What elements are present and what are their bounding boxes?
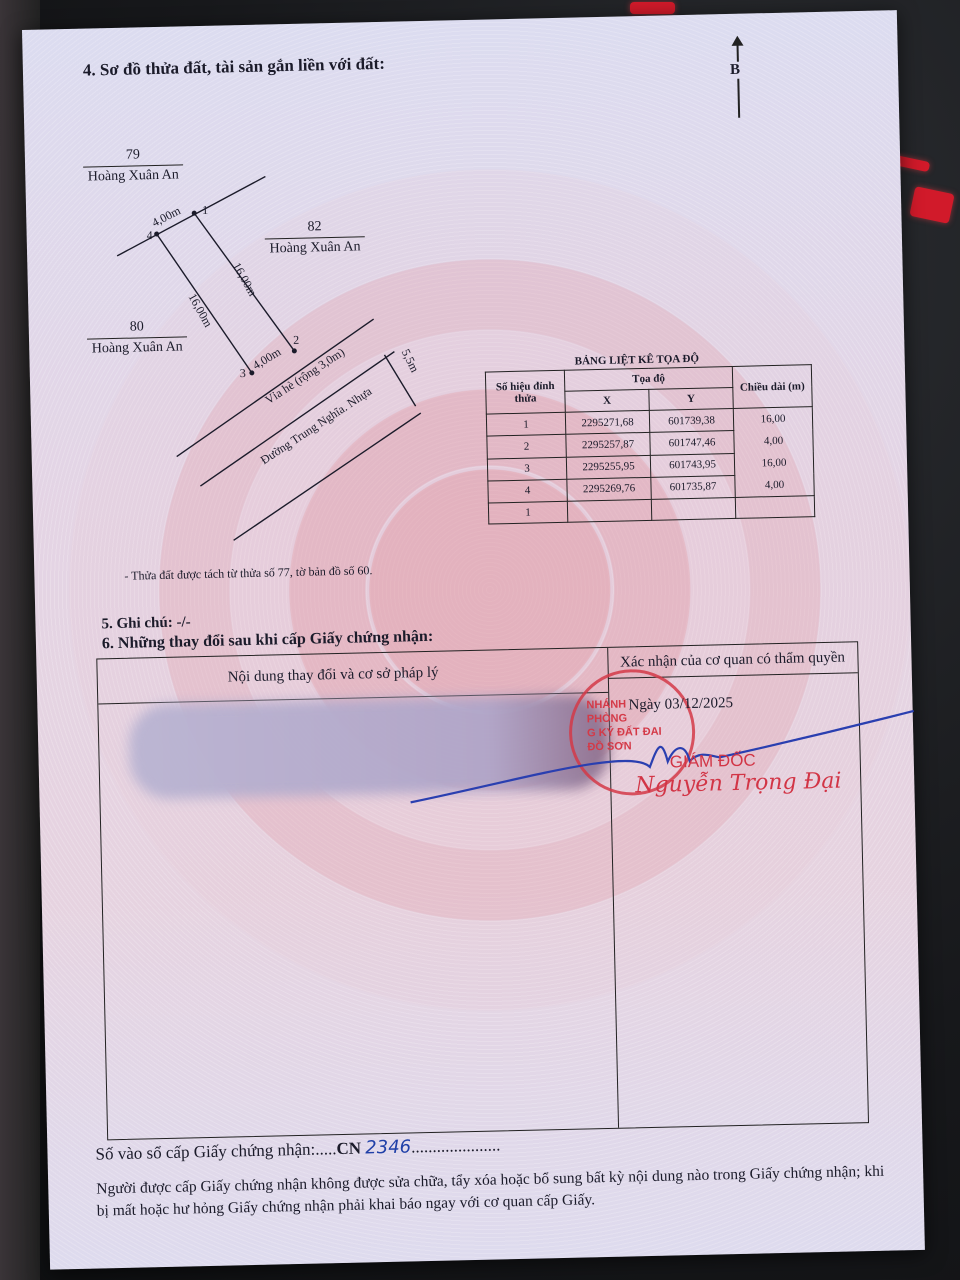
length-value: 4,00 [739,473,809,497]
cell-vertex: 1 [488,501,567,524]
cell-y: 601735,87 [651,475,735,499]
edge-right-length: 16,00m [230,260,260,299]
cell-length-empty [735,496,814,519]
cell-y [651,497,735,520]
north-arrow-icon [736,44,740,118]
cell-y: 601743,95 [650,453,734,477]
vertex-1-label: 1 [202,203,208,217]
cell-x [567,499,651,522]
north-label: B [728,62,742,79]
changes-left-header: Nội dung thay đổi và cơ sở pháp lý [228,665,439,687]
changes-right-header: Xác nhận của cơ quan có thẩm quyền [617,648,847,671]
registration-dots: ..................... [411,1135,501,1156]
vertex-4-label: 4 [147,228,153,242]
signature-icon [399,701,922,833]
vertex-2-label: 2 [293,333,299,347]
registration-number: 2346 [365,1136,411,1158]
cell-x: 2295269,76 [567,477,651,501]
coord-table-title: BẢNG LIỆT KÊ TỌA ĐỘ [575,353,700,368]
red-clip [909,186,954,224]
cell-vertex: 1 [486,412,565,436]
header-y: Y [649,387,733,410]
length-value: 16,00 [738,407,808,431]
cell-x: 2295271,68 [565,410,649,434]
cell-y: 601747,46 [650,431,734,455]
red-clip [630,2,675,14]
edge-top-length: 4,00m [149,203,183,230]
registration-label: Số vào sổ cấp Giấy chứng nhận:..... [95,1139,336,1163]
length-value: 4,00 [738,429,808,453]
header-length: Chiều dài (m) [732,365,812,409]
header-x: X [565,389,649,412]
header-vertex: Số hiệu đỉnh thửa [485,370,565,414]
signer-title: GIÁM ĐỐC [670,751,756,773]
cell-x: 2295257,87 [566,433,650,457]
cell-vertex: 3 [487,457,566,481]
vertex-3-label: 3 [240,366,246,380]
edge-left-length: 16,00m [185,291,215,330]
length-value: 16,00 [739,451,809,475]
registration-prefix: CN [336,1139,361,1159]
cell-y: 601739,38 [649,408,733,432]
warning-notice: Người được cấp Giấy chứng nhận không đượ… [96,1160,897,1222]
road-width-label: 5,5m [399,347,423,376]
signer-name: Nguyễn Trọng Đại [635,769,842,799]
cell-x: 2295255,95 [566,455,650,479]
land-certificate-page: 4. Sơ đồ thửa đất, tài sản gắn liền với … [22,10,925,1270]
parcel-map: 1 2 3 4 4,00m 16,00m 16,00m 4,00m Vỉa hè… [22,20,494,570]
coordinate-table: Số hiệu đỉnh thửa Tọa độ Chiều dài (m) X… [485,364,815,524]
changes-table: Nội dung thay đổi và cơ sở pháp lý Xác n… [96,641,869,1140]
edge-bottom-length: 4,00m [250,344,284,372]
section5-notes: 5. Ghi chú: -/- [101,614,191,633]
cell-lengths: 16,00 4,00 16,00 4,00 [733,407,814,498]
cell-vertex: 4 [488,479,567,503]
cell-vertex: 2 [487,435,566,459]
